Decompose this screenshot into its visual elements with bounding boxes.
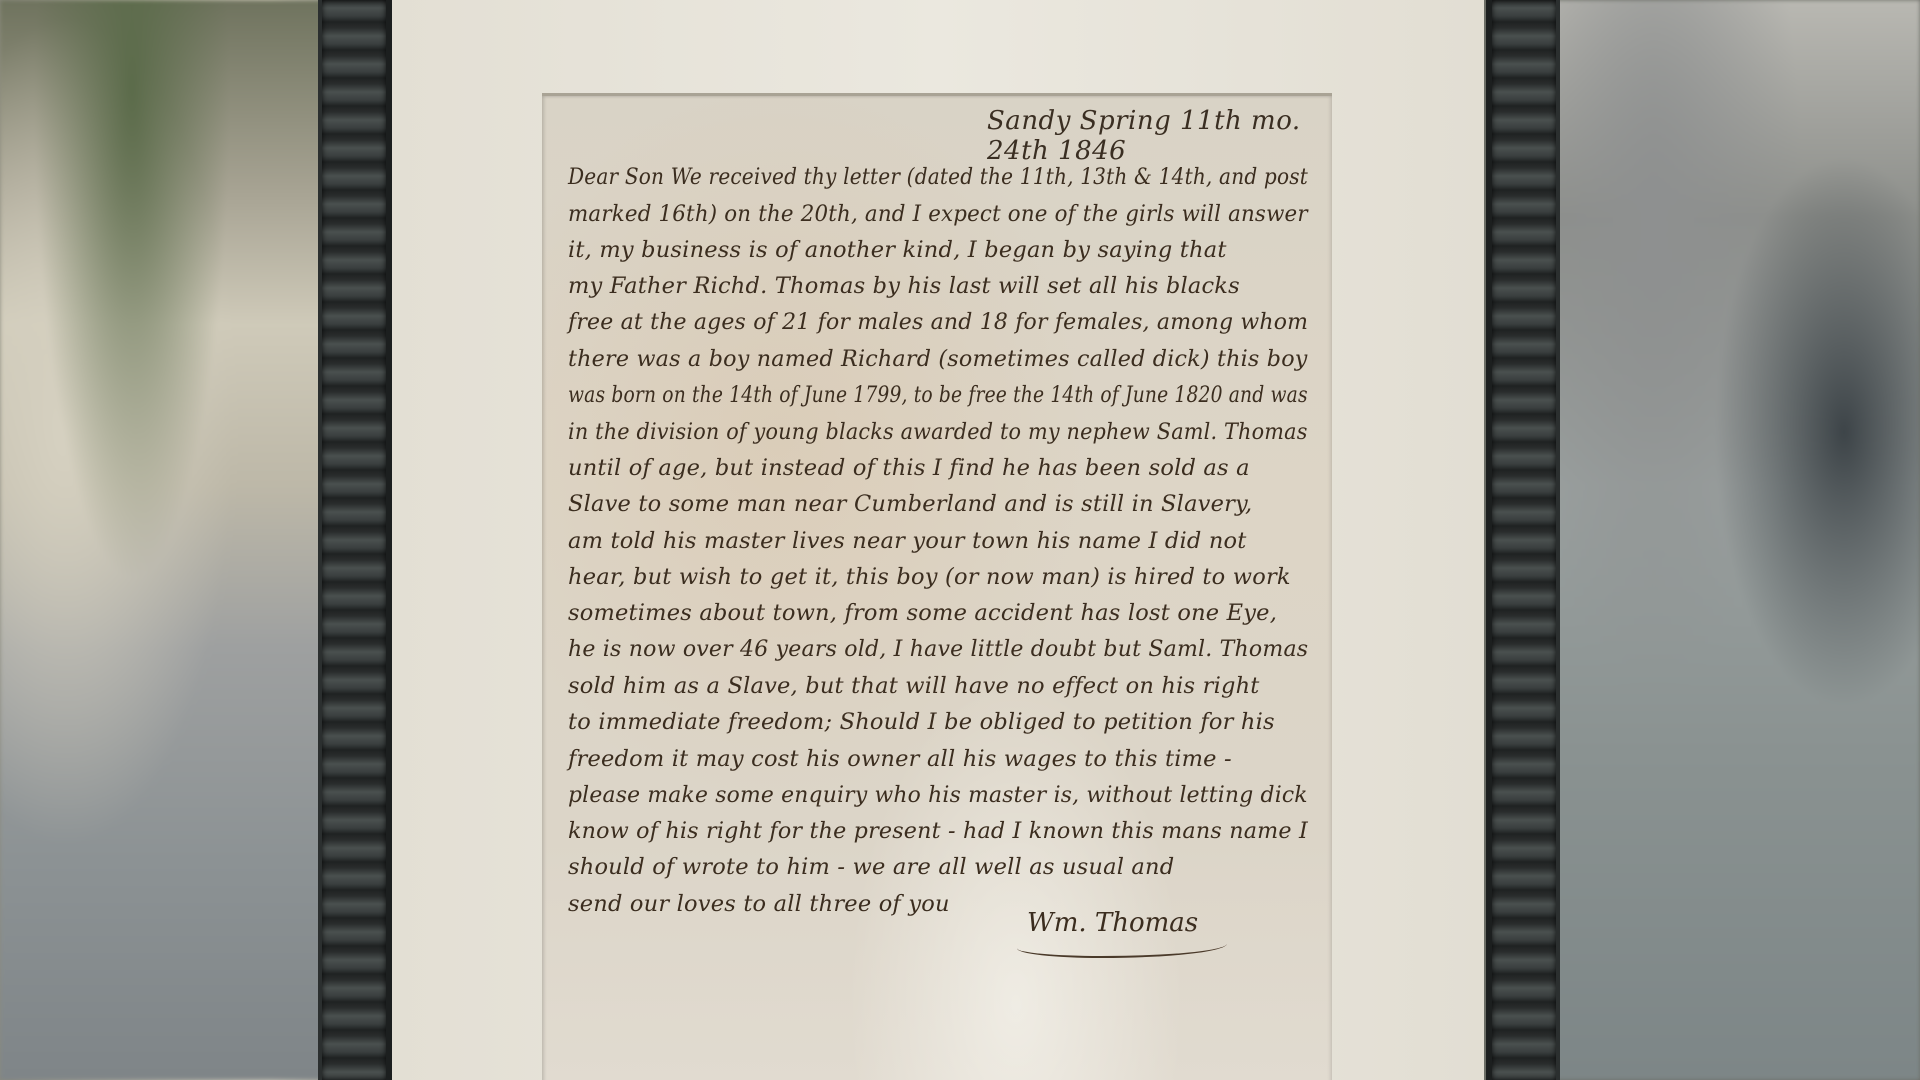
letter-line: know of his right for the present - had … <box>568 818 1298 844</box>
letter-line: free at the ages of 21 for males and 18 … <box>568 309 1290 335</box>
letter-line: in the division of young blacks awarded … <box>568 419 1251 445</box>
letter-line: marked 16th) on the 20th, and I expect o… <box>568 201 1270 227</box>
blurred-background-right <box>1540 0 1920 1080</box>
letter-dateline: Sandy Spring 11th mo. 24th 1846 <box>987 106 1317 166</box>
letter-line: should of wrote to him - we are all well… <box>568 854 1308 880</box>
letter-line: Slave to some man near Cumberland and is… <box>568 491 1308 517</box>
letter-line: am told his master lives near your town … <box>568 528 1308 554</box>
letter-line: until of age, but instead of this I find… <box>568 455 1308 481</box>
frame-right-edge <box>1486 0 1560 1080</box>
letter-line: Dear Son We received thy letter (dated t… <box>568 164 1229 190</box>
letter-line: my Father Richd. Thomas by his last will… <box>568 273 1308 299</box>
letter-line: he is now over 46 years old, I have litt… <box>568 636 1292 662</box>
letter-line: freedom it may cost his owner all his wa… <box>568 746 1308 772</box>
letter-line: was born on the 14th of June 1799, to be… <box>568 382 1183 408</box>
letter-line: there was a boy named Richard (sometimes… <box>568 346 1299 372</box>
letter-line: to immediate freedom; Should I be oblige… <box>568 709 1308 735</box>
letter-line: please make some enquiry who his master … <box>568 782 1287 808</box>
blurred-background-left <box>0 0 330 1080</box>
signature-flourish <box>1017 934 1227 958</box>
letter-line: it, my business is of another kind, I be… <box>568 237 1308 263</box>
letter-line: hear, but wish to get it, this boy (or n… <box>568 564 1308 590</box>
frame-left-edge <box>318 0 392 1080</box>
letter-line: sometimes about town, from some accident… <box>568 600 1308 626</box>
letter-paper: Sandy Spring 11th mo. 24th 1846 Dear Son… <box>542 93 1332 1080</box>
letter-line: sold him as a Slave, but that will have … <box>568 673 1308 699</box>
